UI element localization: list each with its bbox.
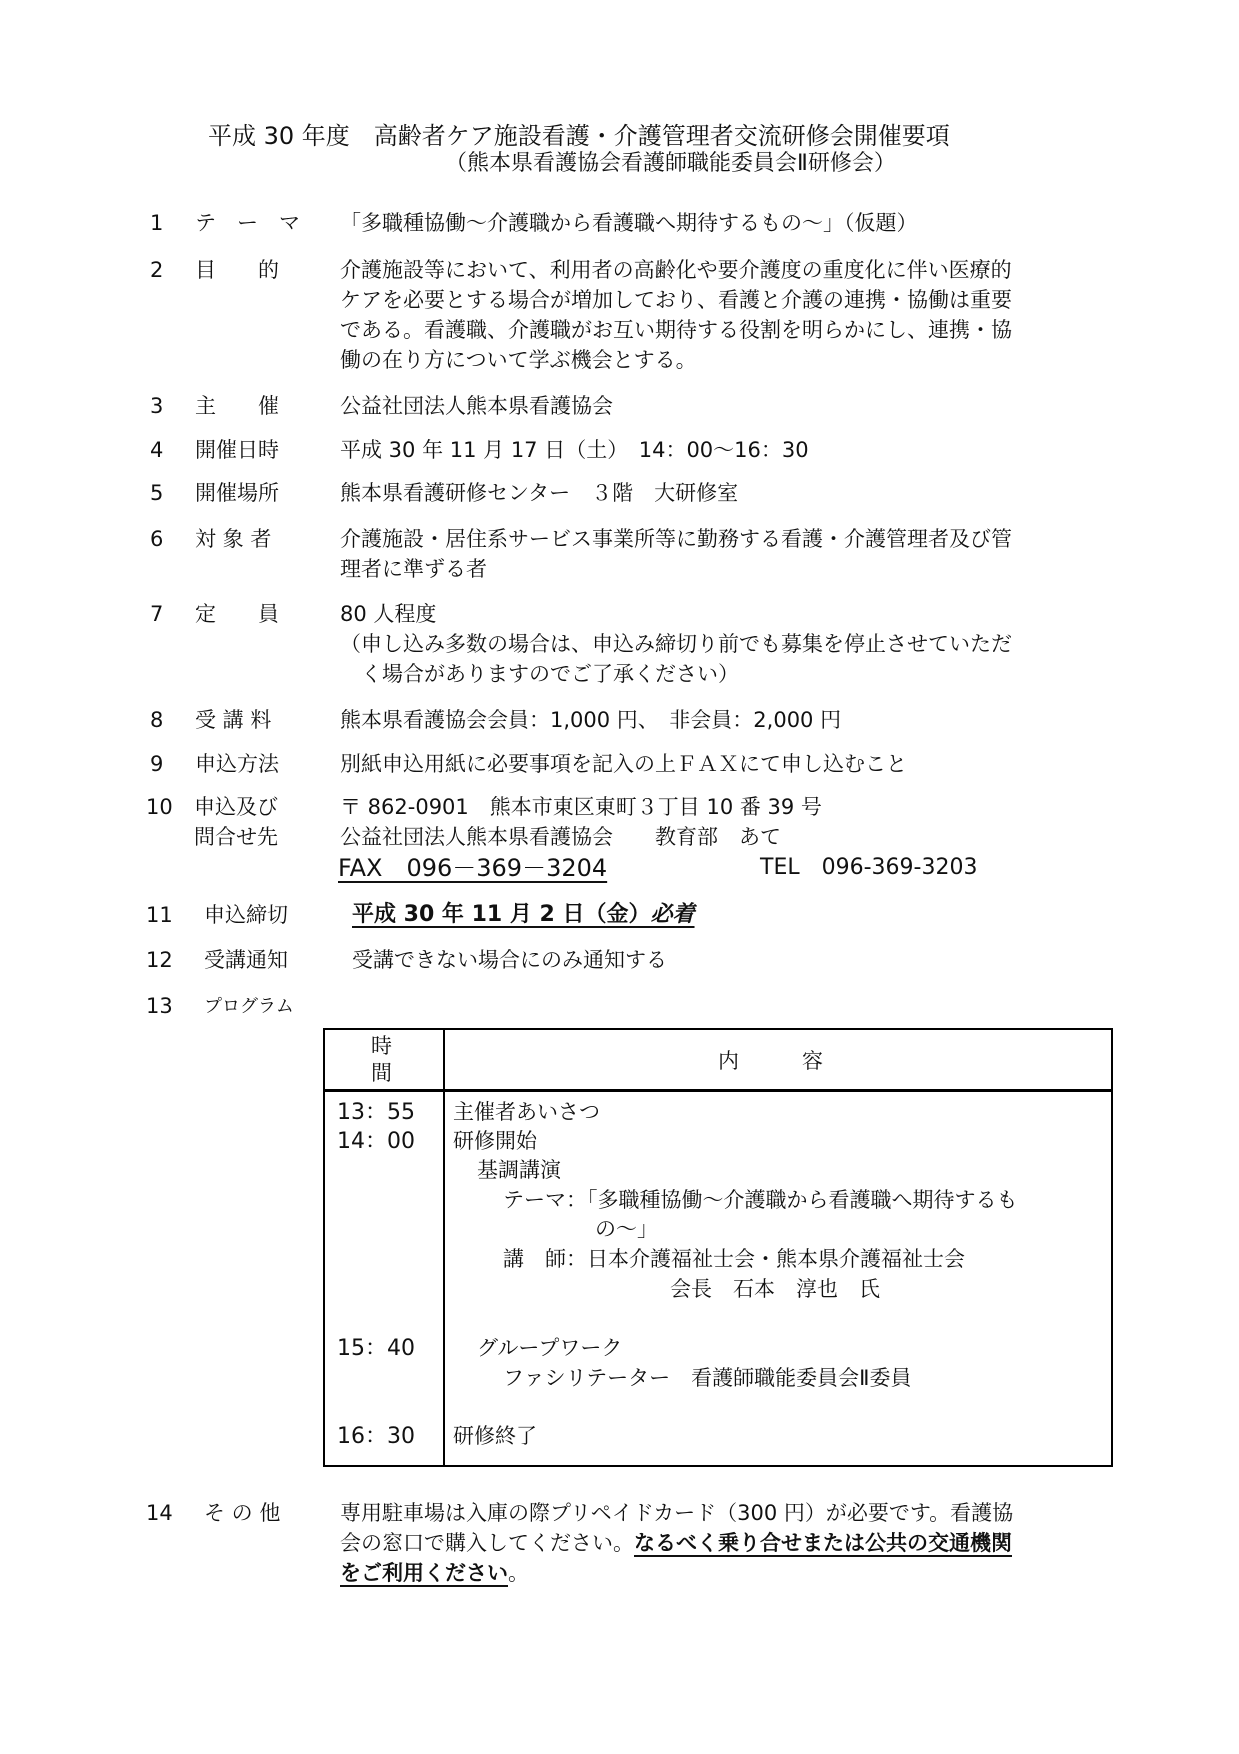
item-value-line: である。看護職、介護職がお互い期待する役割を明らかにし、連携・協	[340, 320, 1012, 341]
row-time: 14：00	[337, 1131, 415, 1153]
row-time: 13：55	[337, 1102, 415, 1124]
item-number: 3	[150, 396, 163, 417]
row-text: 研修終了	[453, 1426, 537, 1447]
row-text: 基調講演	[477, 1160, 561, 1181]
item-number: 6	[150, 529, 163, 550]
item-label-line2: 問合せ先	[194, 827, 278, 848]
item-label: プログラム	[204, 998, 294, 1016]
item-label: 対 象 者	[195, 529, 271, 550]
deadline-suffix: 必着	[651, 902, 695, 927]
item-value: 別紙申込用紙に必要事項を記入の上ＦＡＸにて申し込むこと	[340, 754, 907, 775]
item-value: 熊本県看護研修センター ３階 大研修室	[340, 483, 738, 504]
item-number: 5	[150, 483, 163, 504]
item-value-line: 専用駐車場は入庫の際プリペイドカード（300 円）が必要です。看護協	[340, 1503, 1013, 1524]
row-text: グループワーク	[477, 1338, 622, 1359]
item-number: 4	[150, 440, 163, 461]
program-table: 時 間 内 容 13：55 主催者あいさつ 14：00 研修開始 基調講演 テー…	[323, 1028, 1113, 1467]
table-divider-vertical	[443, 1030, 445, 1465]
item-number: 10	[146, 797, 173, 818]
row-text: テーマ：「多職種協働～介護職から看護職へ期待するも	[503, 1190, 1018, 1211]
item-value: 「多職種協働～介護職から看護職へ期待するもの～」（仮題）	[340, 213, 918, 234]
item-value-line: く場合がありますのでご了承ください）	[340, 664, 739, 685]
deadline-date-text: 平成 30 年 11 月 2 日（金）	[352, 902, 651, 927]
document-title: 平成 30 年度 高齢者ケア施設看護・介護管理者交流研修会開催要項	[208, 124, 950, 148]
item-value: 公益社団法人熊本県看護協会	[340, 396, 613, 417]
fax-number: FAX 096－369－3204	[338, 856, 607, 880]
item-value: 平成 30 年 11 月 17 日（土） 14：00～16：30	[340, 440, 809, 461]
item-label: 開催日時	[195, 440, 279, 461]
item-value-line: 介護施設・居住系サービス事業所等に勤務する看護・介護管理者及び管	[340, 529, 1012, 550]
parking-note: 会の窓口で購入してください。	[340, 1531, 634, 1555]
item-value-line: ケアを必要とする場合が増加しており、看護と介護の連携・協働は重要	[340, 290, 1012, 311]
item-value-line: 理者に準ずる者	[340, 559, 487, 580]
tel-number: TEL 096‐369‐3203	[760, 857, 977, 879]
item-number: 11	[146, 905, 173, 926]
item-number: 12	[146, 950, 173, 971]
item-number: 14	[146, 1503, 173, 1524]
item-label: 開催場所	[195, 483, 279, 504]
deadline-date: 平成 30 年 11 月 2 日（金）必着	[352, 904, 695, 926]
item-label: 申込締切	[204, 905, 288, 926]
item-value: 熊本県看護協会会員：1,000 円、 非会員：2,000 円	[340, 710, 841, 731]
address-line: 〒 862-0901 熊本市東区東町３丁目 10 番 39 号	[340, 797, 822, 818]
header-content: 内 容	[718, 1051, 823, 1072]
item-number: 9	[150, 754, 163, 775]
item-value-line: 働の在り方について学ぶ機会とする。	[340, 350, 697, 371]
item-label: 受 講 料	[195, 710, 271, 731]
row-text: ファシリテーター 看護師職能委員会Ⅱ委員	[503, 1368, 912, 1389]
item-label: 目 的	[195, 260, 279, 281]
header-time-1: 時	[371, 1036, 392, 1057]
row-text: 会長 石本 淳也 氏	[670, 1279, 880, 1300]
item-number: 13	[146, 996, 173, 1017]
item-value-line: をご利用ください。	[340, 1563, 529, 1584]
table-divider-header	[325, 1089, 1111, 1092]
row-text: 主催者あいさつ	[453, 1102, 600, 1123]
document-subtitle: （熊本県看護協会看護師職能委員会Ⅱ研修会）	[445, 153, 896, 175]
item-value: 受講できない場合にのみ通知する	[352, 950, 667, 971]
carpool-emphasis-2: をご利用ください	[340, 1561, 508, 1585]
item-label: 定 員	[195, 604, 279, 625]
item-label: テ ー マ	[195, 213, 300, 234]
item-label: 申込方法	[195, 754, 279, 775]
row-text: 講 師：日本介護福祉士会・熊本県介護福祉士会	[503, 1249, 965, 1270]
item-label: そ の 他	[204, 1503, 280, 1524]
row-time: 15：40	[337, 1338, 415, 1360]
item-value-line: 介護施設等において、利用者の高齢化や要介護度の重度化に伴い医療的	[340, 260, 1012, 281]
item-label: 申込及び	[194, 797, 278, 818]
item-number: 7	[150, 604, 163, 625]
carpool-emphasis: なるべく乗り合せまたは公共の交通機関	[634, 1531, 1012, 1555]
organization-line: 公益社団法人熊本県看護協会 教育部 あて	[340, 827, 781, 848]
row-time: 16：30	[337, 1426, 415, 1448]
item-label: 受講通知	[204, 950, 288, 971]
item-value-line: （申し込み多数の場合は、申込み締切り前でも募集を停止させていただ	[340, 634, 1012, 655]
item-value-line: 会の窓口で購入してください。なるべく乗り合せまたは公共の交通機関	[340, 1533, 1012, 1554]
item-number: 2	[150, 260, 163, 281]
item-label: 主 催	[195, 396, 279, 417]
item-value-line: 80 人程度	[340, 604, 436, 625]
header-time-2: 間	[371, 1063, 392, 1084]
item-number: 1	[150, 213, 163, 234]
item-number: 8	[150, 710, 163, 731]
sentence-end: 。	[508, 1561, 529, 1585]
row-text: の～」	[595, 1219, 658, 1240]
row-text: 研修開始	[453, 1131, 537, 1152]
